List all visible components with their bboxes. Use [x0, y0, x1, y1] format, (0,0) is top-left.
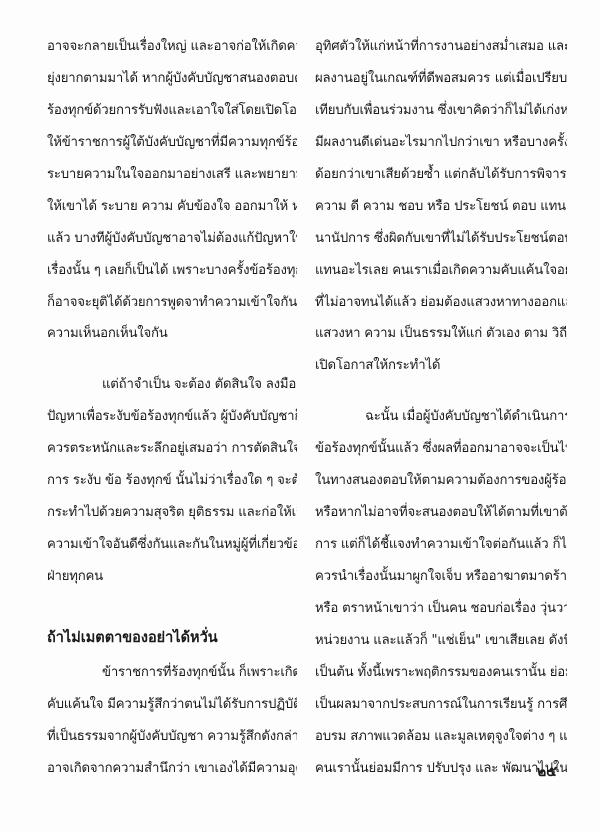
text-line: อบรม สภาพแวดล้อม และมูลเหตุจูงใจต่าง ๆ แ… — [315, 725, 567, 749]
text-line: เป็นต้น ทั้งนี้เพราะพฤติกรรมของคนเรานั้น… — [315, 661, 567, 685]
text-line: นานัปการ ซึ่งผิดกับเขาที่ไม่ได้รับประโยช… — [315, 227, 567, 251]
text-line: ฝ่ายทุกคน — [47, 565, 297, 589]
text-line: แล้ว บางทีผู้บังคับบัญชาอาจไม่ต้องแก้ปัญ… — [47, 227, 297, 251]
text-line: เทียบกับเพื่อนร่วมงาน ซึ่งเขาคิดว่าก็ไม่… — [315, 99, 567, 123]
text-line: ที่ไม่อาจทนได้แล้ว ย่อมต้องแสวงหาทางออกแ… — [315, 291, 567, 315]
text-line: เรื่องนั้น ๆ เลยก็เป็นได้ เพราะบางครั้งข… — [47, 259, 297, 283]
text-line: หรือหากไม่อาจที่จะสนองตอบให้ได้ตามที่เขา… — [315, 501, 567, 525]
text-line: ข้อร้องทุกข์นั้นแล้ว ซึ่งผลที่ออกมาอาจจะ… — [315, 437, 567, 461]
text-line: ด้อยกว่าเขาเสียด้วยซ้ำ แต่กลับได้รับการพ… — [315, 163, 567, 187]
text-line: ร้องทุกข์ด้วยการรับฟังและเอาใจใส่โดยเปิด… — [47, 99, 297, 123]
text-line: ความเห็นอกเห็นใจกัน — [47, 322, 297, 346]
text-line: กระทำไปด้วยความสุจริต ยุติธรรม และก่อให้… — [47, 501, 297, 525]
text-line: ความเข้าใจอันดีซึ่งกันและกันในหมู่ผู้ที่… — [47, 533, 297, 557]
page-number: ๒๕ — [537, 760, 557, 784]
text-line: เป็นผลมาจากประสบการณ์ในการเรียนรู้ การศึ… — [315, 693, 567, 717]
text-line: ระบายความในใจออกมาอย่างเสรี และพยายามจูง… — [47, 163, 297, 187]
text-line: การ แต่ก็ได้ชี้แจงทำความเข้าใจต่อกันแล้ว… — [315, 533, 567, 557]
text-line: ให้ข้าราชการผู้ใต้บังคับบัญชาที่มีความทุ… — [47, 131, 297, 155]
text-line: ควรตระหนักและระลึกอยู่เสมอว่า การตัดสินใ… — [47, 437, 297, 461]
text-line: มีผลงานดีเด่นอะไรมากไปกว่าเขา หรือบางครั… — [315, 131, 567, 155]
text-line: ยุ่งยากตามมาได้ หากผู้บังคับบัญชาสนองตอบ… — [47, 67, 297, 91]
section-heading: ถ้าไม่เมตตาของอย่าได้หวั่น — [47, 626, 218, 650]
text-line: คับแค้นใจ มีความรู้สึกว่าตนไม่ได้รับการป… — [47, 693, 297, 717]
text-line: เปิดโอกาสให้กระทำได้ — [315, 354, 567, 378]
text-line: ควรนำเรื่องนั้นมาผูกใจเจ็บ หรืออาฆาตมาดร… — [315, 565, 567, 589]
text-line: หน่วยงาน และแล้วก็ "แช่เย็น" เขาเสียเลย … — [315, 629, 567, 653]
text-line: ผลงานอยู่ในเกณฑ์ที่ดีพอสมควร แต่เมื่อเปร… — [315, 67, 567, 91]
text-line: แสวงหา ความ เป็นธรรมให้แก่ ตัวเอง ตาม วิ… — [315, 322, 567, 346]
text-line: แต่ถ้าจำเป็น จะต้อง ตัดสินใจ ลงมือ แก้ไข — [47, 373, 297, 397]
text-line: การ ระงับ ข้อ ร้องทุกข์ นั้นไม่ว่าเรื่อง… — [47, 469, 297, 493]
text-line: ฉะนั้น เมื่อผู้บังคับบัญชาได้ดำเนินการระ… — [315, 405, 567, 429]
text-line: อาจเกิดจากความสำนึกว่า เขาเองได้มีความอุ… — [47, 757, 297, 781]
text-line: คนเรานั้นย่อมมีการ ปรับปรุง และ พัฒนาไปใ… — [315, 757, 567, 781]
text-line: หรือ ตราหน้าเขาว่า เป็นคน ชอบก่อเรื่อง ว… — [315, 597, 567, 621]
text-line: ความ ดี ความ ชอบ หรือ ประโยชน์ ตอบ แทน ต… — [315, 195, 567, 219]
text-line: อาจจะกลายเป็นเรื่องใหญ่ และอาจก่อให้เกิด… — [47, 35, 297, 59]
text-line: ก็อาจจะยุติได้ด้วยการพูดจาทำความเข้าใจกั… — [47, 291, 297, 315]
document-page: อาจจะกลายเป็นเรื่องใหญ่ และอาจก่อให้เกิด… — [0, 0, 600, 832]
text-line: แทนอะไรเลย คนเราเมื่อเกิดความคับแค้นใจอย… — [315, 259, 567, 283]
text-line: ปัญหาเพื่อระงับข้อร้องทุกข์แล้ว ผู้บังคั… — [47, 405, 297, 429]
text-line: ในทางสนองตอบให้ตามความต้องการของผู้ร้องท… — [315, 469, 567, 493]
text-line: ที่เป็นธรรมจากผู้บังคับบัญชา ความรู้สึกด… — [47, 725, 297, 749]
text-line: อุทิศตัวให้แก่หน้าที่การงานอย่างสม่ำเสมอ… — [315, 35, 567, 59]
text-line: ข้าราชการที่ร้องทุกข์นั้น ก็เพราะเกิดควา… — [47, 661, 297, 685]
text-line: ให้เขาได้ ระบาย ความ คับข้องใจ ออกมาให้ … — [47, 195, 297, 219]
